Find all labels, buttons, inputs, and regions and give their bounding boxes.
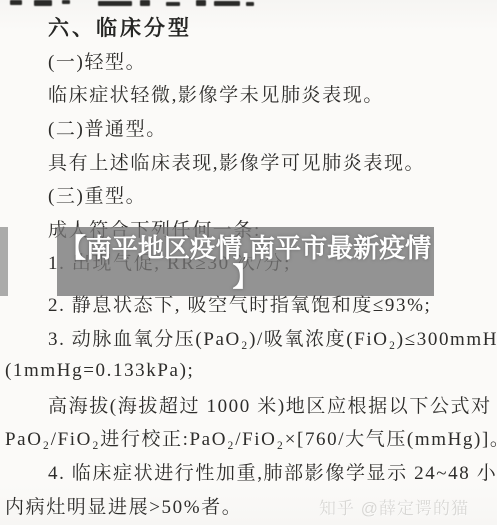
overlay-left-edge-strip (0, 227, 8, 296)
line-mild-desc: 临床症状轻微,影像学未见肺炎表现。 (5, 77, 492, 111)
line-criterion-4: 4. 临床症状进行性加重,肺部影像学显示 24~48 小时 (5, 455, 492, 489)
glyph-fragment (196, 0, 206, 6)
line-altitude-formula: PaO₂/FiO₂进行校正:PaO₂/FiO₂×[760/大气压(mmHg)]。 (5, 421, 492, 455)
heading-severe-type: (三)重型。 (5, 178, 492, 212)
scanned-document-page: 六、临床分型 (一)轻型。 临床症状轻微,影像学未见肺炎表现。 (二)普通型。 … (0, 0, 497, 525)
zhihu-watermark: 知乎 @薛定谔的猫 (319, 494, 469, 519)
heading-clinical-classification: 六、临床分型 (5, 10, 492, 44)
glyph-fragment (34, 0, 52, 6)
line-altitude-note: 高海拔(海拔超过 1000 米)地区应根据以下公式对 (5, 388, 492, 422)
line-common-desc: 具有上述临床表现,影像学可见肺炎表现。 (5, 144, 492, 178)
caption-line2-closing-bracket: 】 (232, 262, 258, 292)
heading-mild-type: (一)轻型。 (5, 44, 492, 78)
caption-line1: 【南平地区疫情,南平市最新疫情 (60, 232, 431, 264)
glyph-fragment (62, 0, 70, 4)
glyph-fragment (246, 2, 254, 6)
heading-common-type: (二)普通型。 (5, 111, 492, 145)
glyph-fragment (214, 1, 240, 6)
glyph-fragment (98, 1, 132, 6)
caption-overlay-banner: 【南平地区疫情,南平市最新疫情 】 (57, 227, 434, 296)
glyph-fragment (166, 2, 180, 6)
glyph-fragment (140, 0, 150, 6)
cropped-text-fragments (0, 0, 497, 9)
line-criterion-3-cont: (1mmHg=0.133kPa); (5, 354, 492, 388)
line-criterion-3: 3. 动脉血氧分压(PaO₂)/吸氧浓度(FiO₂)≤300mmHg (5, 320, 492, 354)
glyph-fragment (10, 0, 22, 5)
